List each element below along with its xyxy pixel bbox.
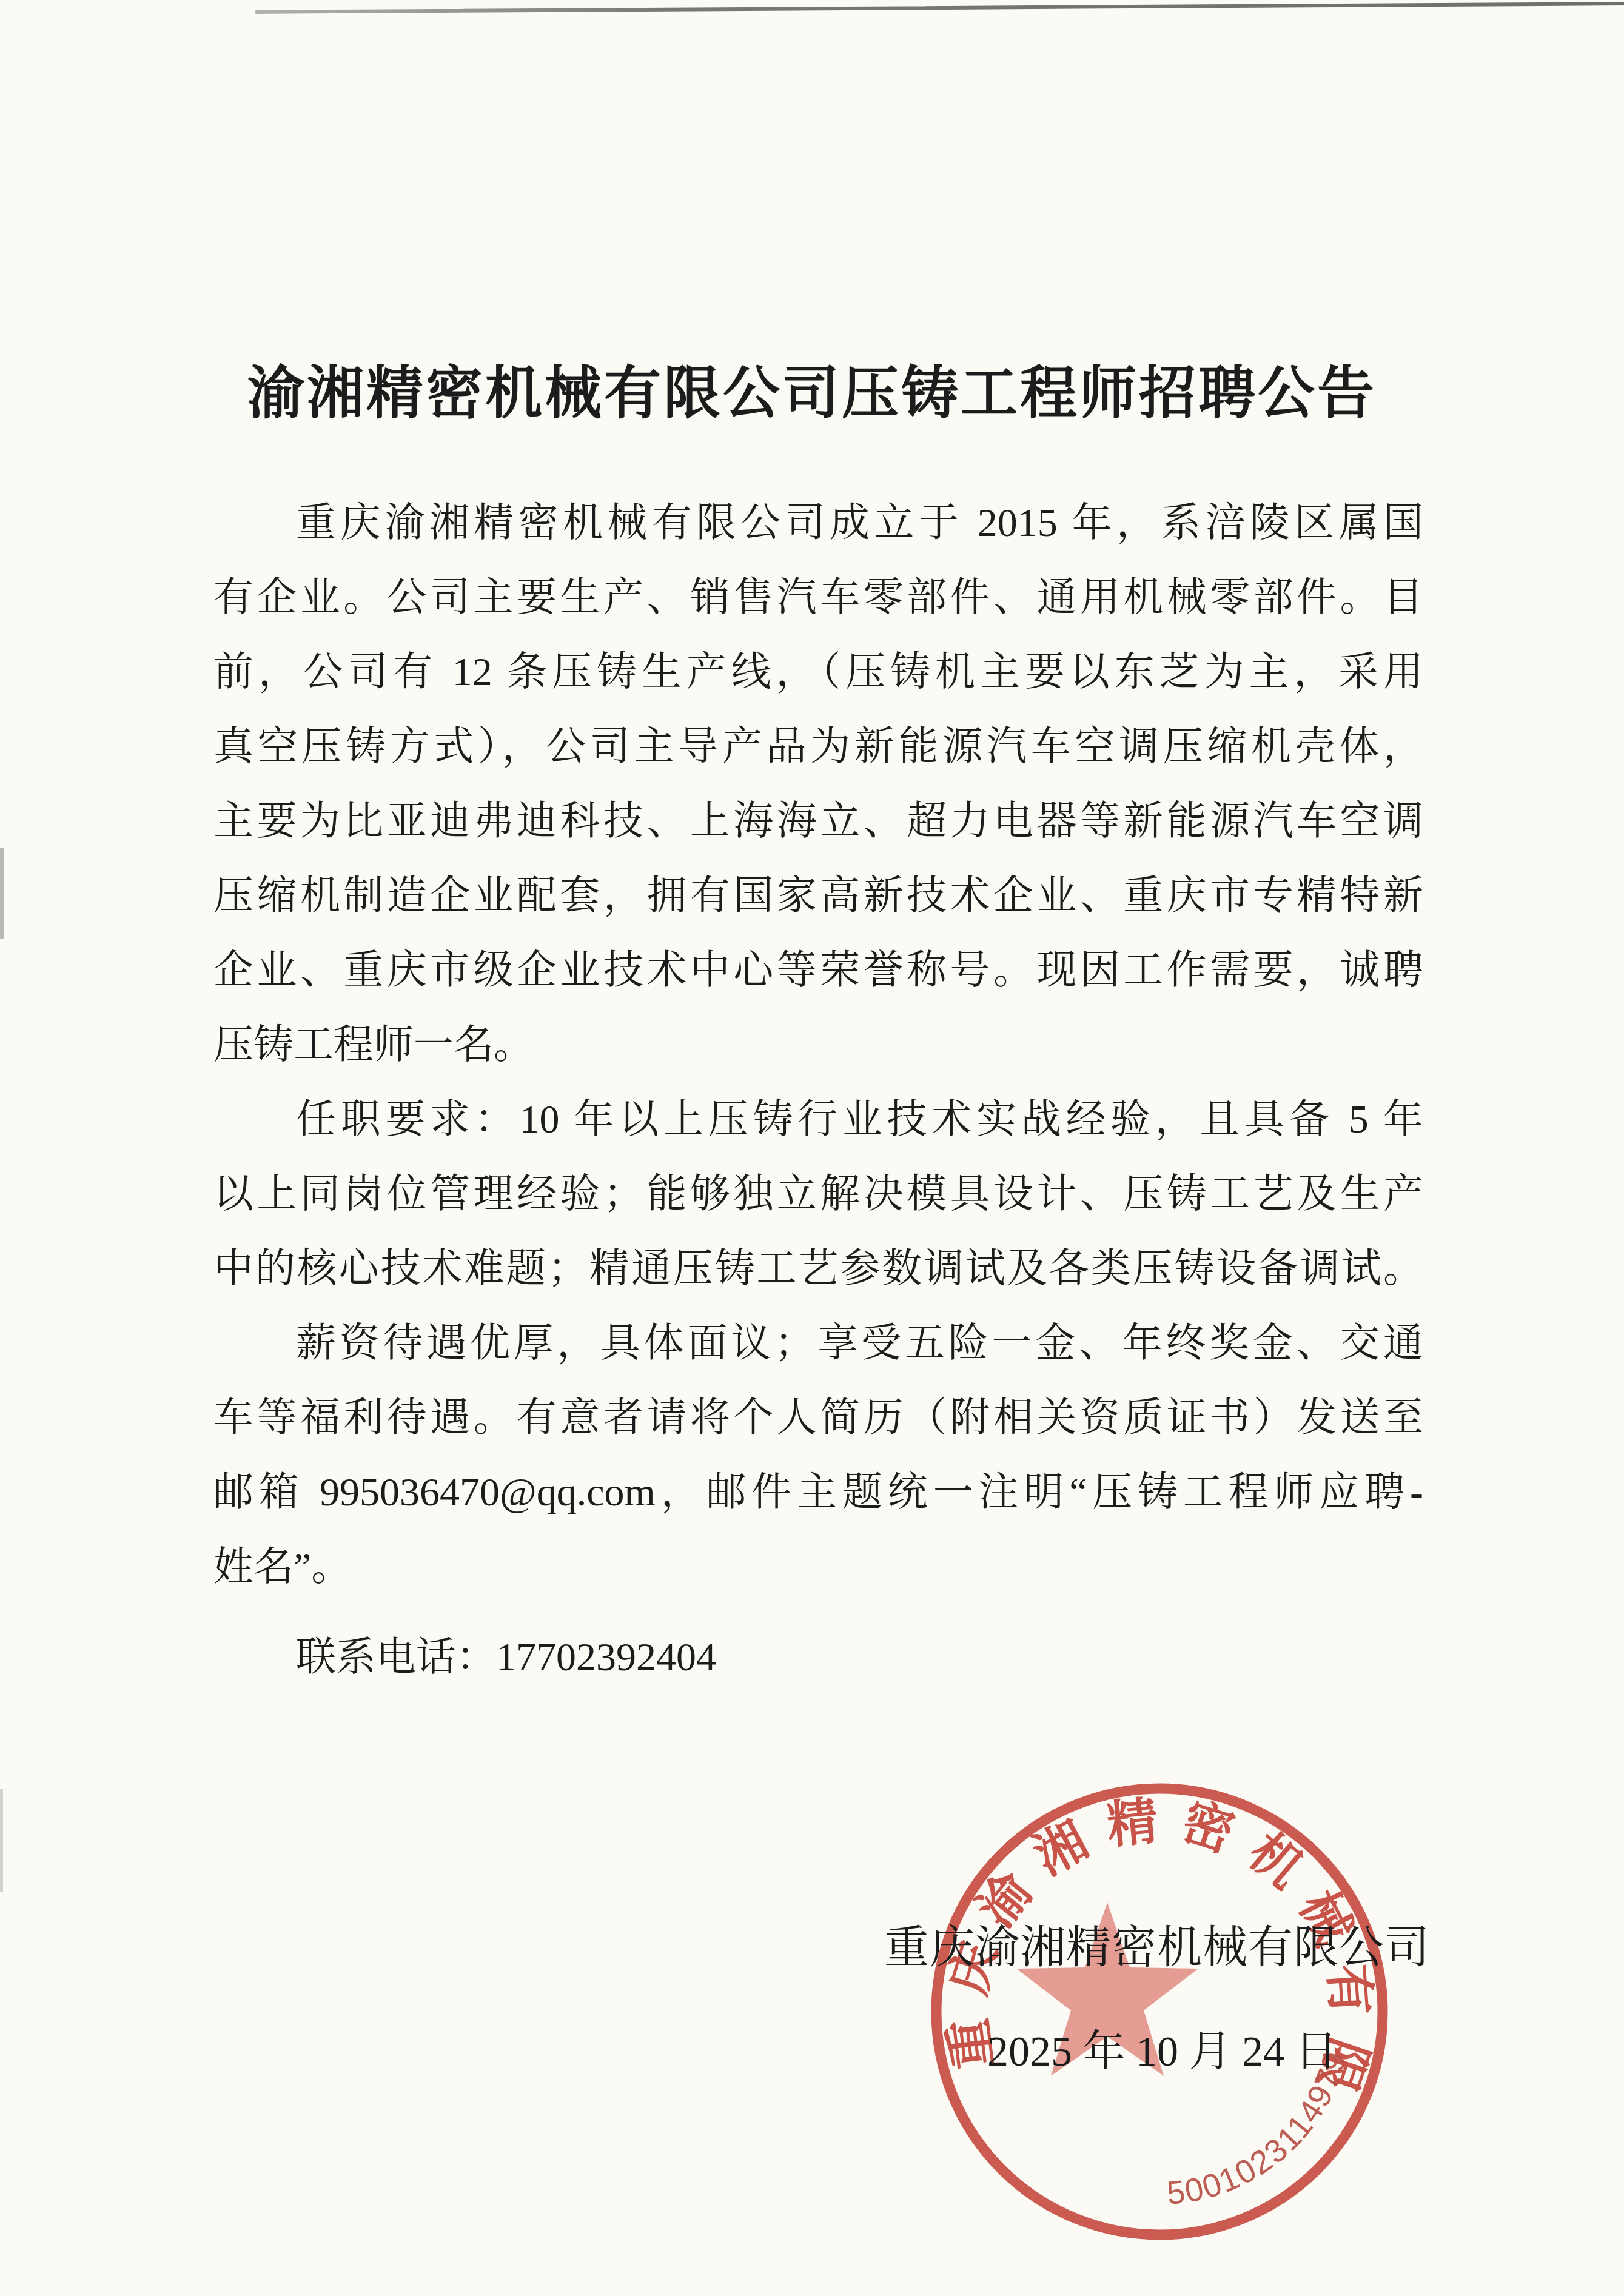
scan-artifact-left-streak xyxy=(0,848,4,939)
document-title: 渝湘精密机械有限公司压铸工程师招聘公告 xyxy=(0,355,1624,433)
body-line-2: 有企业。公司主要生产、销售汽车零部件、通用机械零部件。目 xyxy=(213,560,1423,635)
body-line-8: 压铸工程师一名。 xyxy=(213,1008,1423,1082)
signature-date: 2025 年 10 月 24 日 xyxy=(987,2020,1338,2084)
body-line-10: 以上同岗位管理经验；能够独立解决模具设计、压铸工艺及生产 xyxy=(213,1157,1423,1231)
body-line-5: 主要为比亚迪弗迪科技、上海海立、超力电器等新能源汽车空调 xyxy=(213,784,1423,858)
body-line-15: 姓名”。 xyxy=(213,1530,1423,1604)
body-line-9: 任职要求：10 年以上压铸行业技术实战经验，且具备 5 年 xyxy=(213,1082,1423,1157)
body-line-11: 中的核心技术难题；精通压铸工艺参数调试及各类压铸设备调试。 xyxy=(213,1231,1423,1306)
body-line-3: 前，公司有 12 条压铸生产线，（压铸机主要以东芝为主，采用 xyxy=(213,635,1423,709)
body-line-13: 车等福利待遇。有意者请将个人简历（附相关资质证书）发送至 xyxy=(213,1381,1423,1455)
scanned-document-page: 渝湘精密机械有限公司压铸工程师招聘公告 重庆渝湘精密机械有限公司成立于 2015… xyxy=(0,0,1624,2296)
body-line-1: 重庆渝湘精密机械有限公司成立于 2015 年，系涪陵区属国 xyxy=(213,486,1423,560)
body-line-4: 真空压铸方式），公司主导产品为新能源汽车空调压缩机壳体， xyxy=(213,709,1423,784)
body-line-14: 邮箱 995036470@qq.com，邮件主题统一注明“压铸工程师应聘- xyxy=(213,1455,1423,1530)
body-line-6: 压缩机制造企业配套，拥有国家高新技术企业、重庆市专精特新 xyxy=(213,858,1423,933)
body-line-12: 薪资待遇优厚，具体面议；享受五险一金、年终奖金、交通 xyxy=(213,1306,1423,1381)
signature-company: 重庆渝湘精密机械有限公司 xyxy=(884,1915,1430,1981)
body-line-16: 联系电话：17702392404 xyxy=(213,1620,1423,1695)
body-line-7: 企业、重庆市级企业技术中心等荣誉称号。现因工作需要，诚聘 xyxy=(213,933,1423,1008)
seal-ring xyxy=(936,1789,1383,2235)
scan-artifact-left-streak xyxy=(0,1789,3,1892)
scan-artifact-top-edge xyxy=(255,2,1624,14)
company-seal: 重庆渝湘精密机械有限公司 5001023114979 xyxy=(922,1773,1401,2252)
document-body: 重庆渝湘精密机械有限公司成立于 2015 年，系涪陵区属国有企业。公司主要生产、… xyxy=(213,486,1423,1695)
